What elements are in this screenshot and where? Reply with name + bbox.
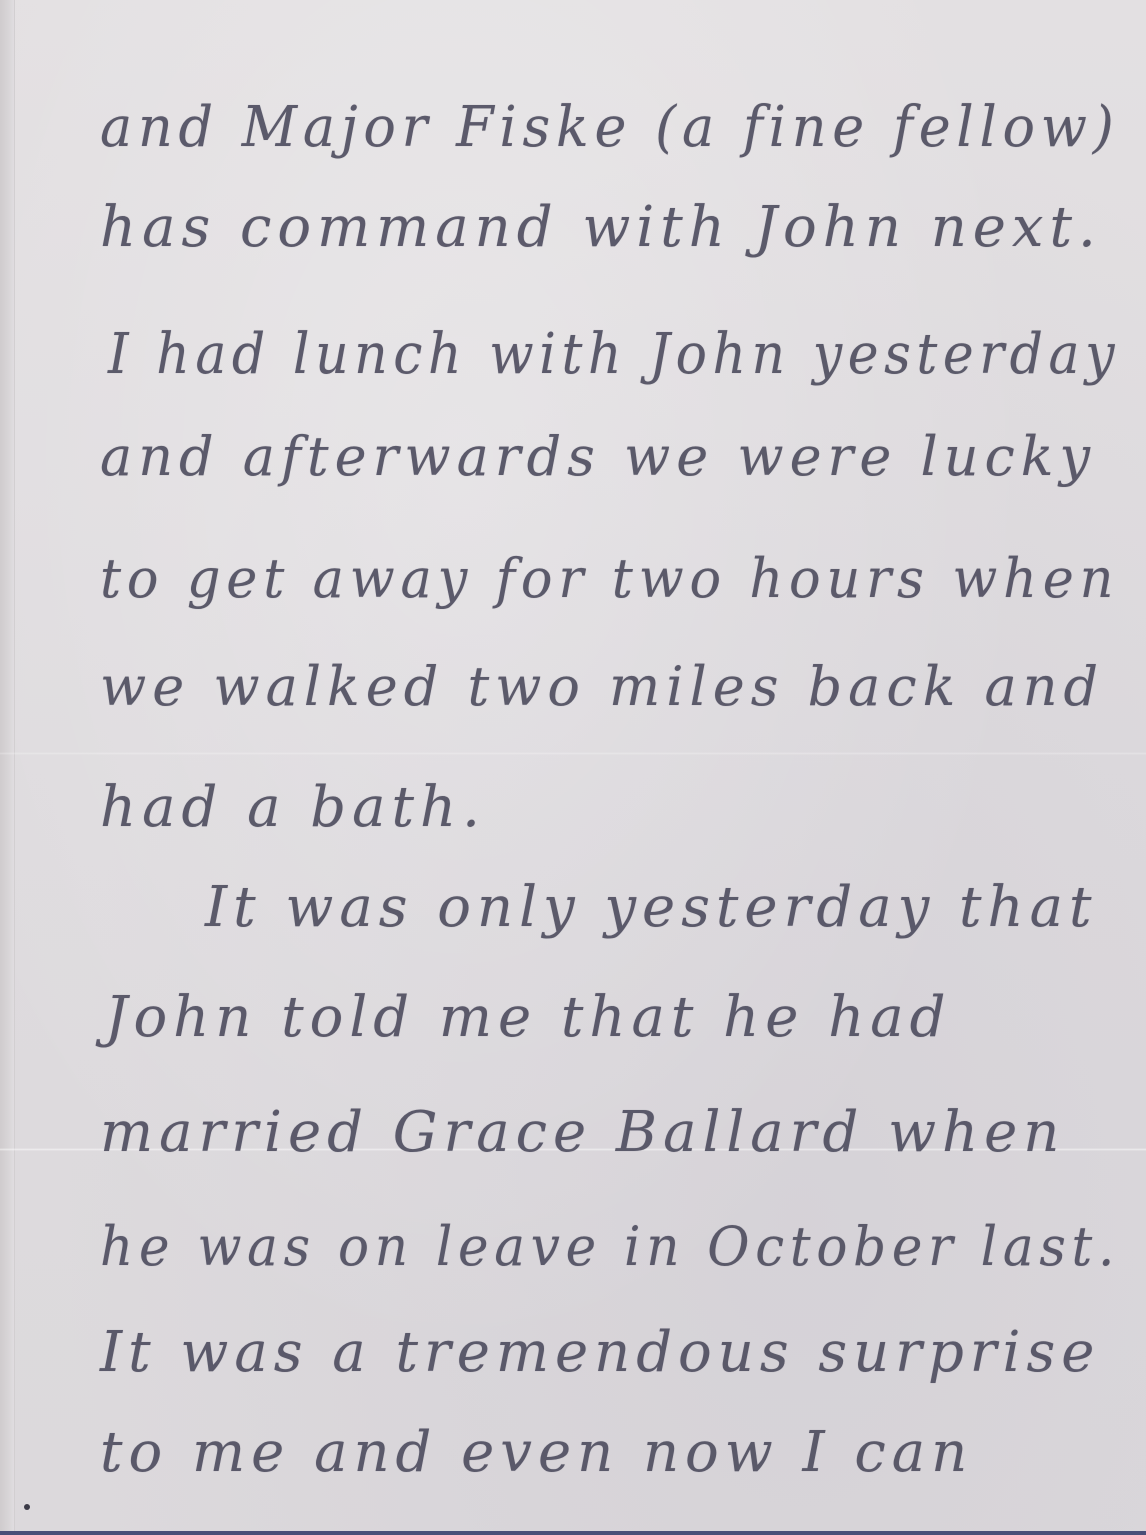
handwritten-line-7: had a bath.	[100, 775, 486, 840]
handwritten-line-9: John told me that he had	[105, 985, 952, 1050]
handwritten-line-1: and Major Fiske (a fine fellow)	[100, 95, 1120, 160]
letter-page: and Major Fiske (a fine fellow) has comm…	[0, 0, 1146, 1535]
handwritten-line-2: has command with John next.	[100, 195, 1102, 260]
pencil-dot-mark	[24, 1504, 30, 1510]
handwritten-line-13: to me and even now I can	[100, 1420, 973, 1485]
handwritten-line-11: he was on leave in October last.	[100, 1215, 1120, 1278]
paper-bottom-edge	[0, 1531, 1146, 1535]
paper-fold-line-faint	[0, 752, 1146, 755]
handwritten-line-6: we walked two miles back and	[100, 655, 1104, 718]
paper-left-edge	[0, 0, 15, 1535]
handwritten-line-8: It was only yesterday that	[205, 875, 1097, 940]
handwritten-line-10: married Grace Ballard when	[100, 1100, 1065, 1165]
handwritten-line-5: to get away for two hours when	[100, 547, 1119, 610]
handwritten-line-3: I had lunch with John yesterday	[108, 322, 1120, 387]
handwritten-line-4: and afterwards we were lucky	[100, 425, 1096, 488]
handwritten-line-12: It was a tremendous surprise	[100, 1320, 1100, 1385]
